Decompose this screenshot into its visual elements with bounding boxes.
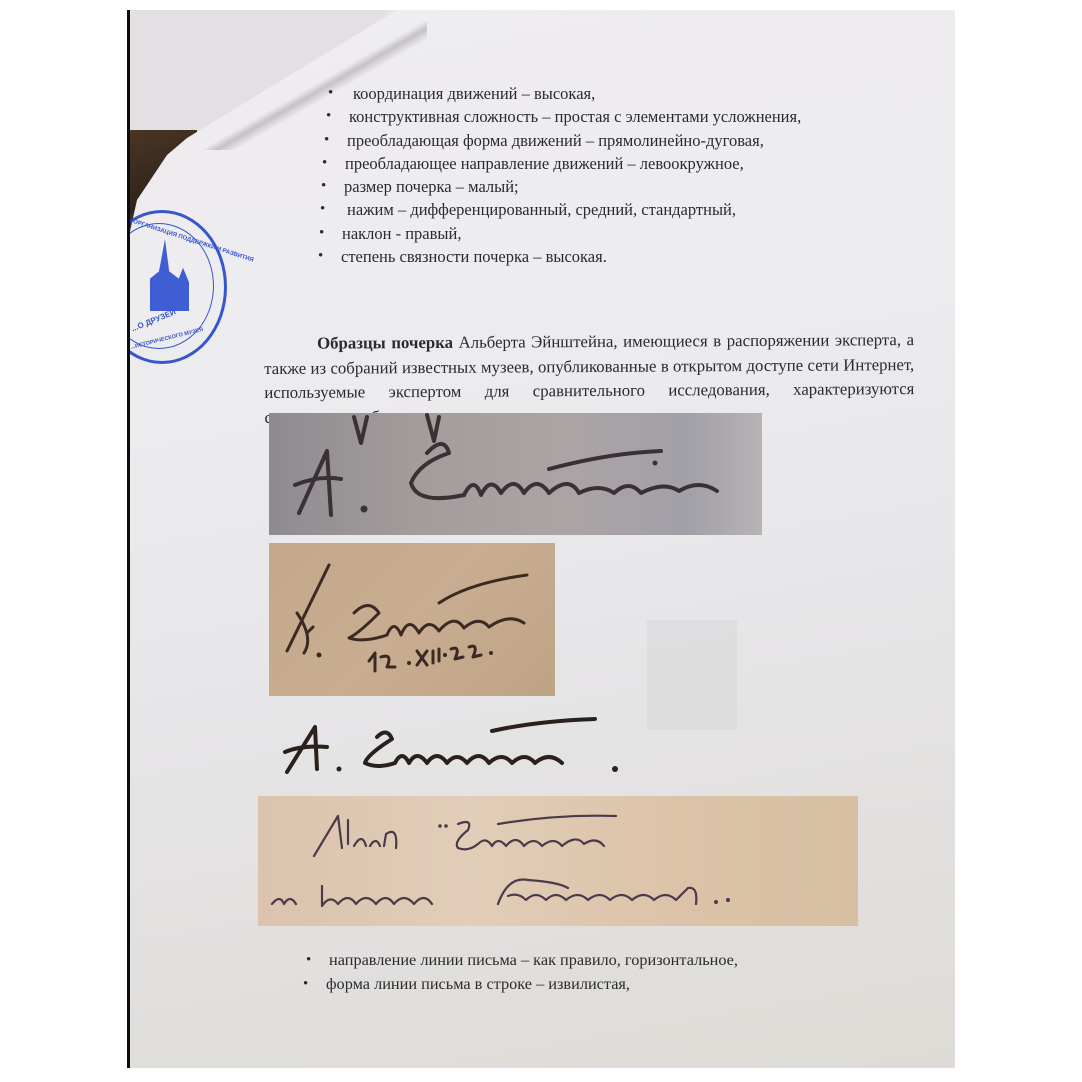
- signature-sample-1: [269, 413, 762, 535]
- signature-handwriting-icon: [258, 796, 858, 926]
- handwriting-features-list: координация движений – высокая, конструк…: [310, 82, 801, 268]
- list-item: координация движений – высокая,: [318, 82, 801, 105]
- list-item: направление линии письма – как правило, …: [297, 948, 738, 972]
- list-item: степень связности почерка – высокая.: [308, 245, 801, 268]
- list-item: конструктивная сложность – простая с эле…: [316, 105, 801, 128]
- photo-left-border: [127, 10, 130, 1068]
- list-item: наклон - правый,: [309, 222, 801, 245]
- paragraph-bold-lead: Образцы почерка: [317, 333, 453, 353]
- signature-handwriting-icon: [269, 413, 762, 535]
- signature-sample-3: [267, 707, 667, 783]
- general-features-list: направление линии письма – как правило, …: [297, 948, 738, 996]
- signature-sample-2: [269, 543, 555, 696]
- list-item: нажим – дифференцированный, средний, ста…: [310, 198, 801, 221]
- signature-handwriting-icon: [267, 707, 667, 783]
- list-item: размер почерка – малый;: [311, 175, 801, 198]
- list-item: преобладающая форма движений – прямолине…: [314, 129, 801, 152]
- signature-sample-4: [258, 796, 858, 926]
- list-item: форма линии письма в строке – извилистая…: [294, 972, 738, 996]
- list-item: преобладающее направление движений – лев…: [312, 152, 801, 175]
- document-photo: ОРГАНИЗАЦИЯ ПОДДЕРЖКИ И РАЗВИТИЯ ...О ДР…: [127, 10, 955, 1068]
- signature-handwriting-icon: [269, 543, 555, 696]
